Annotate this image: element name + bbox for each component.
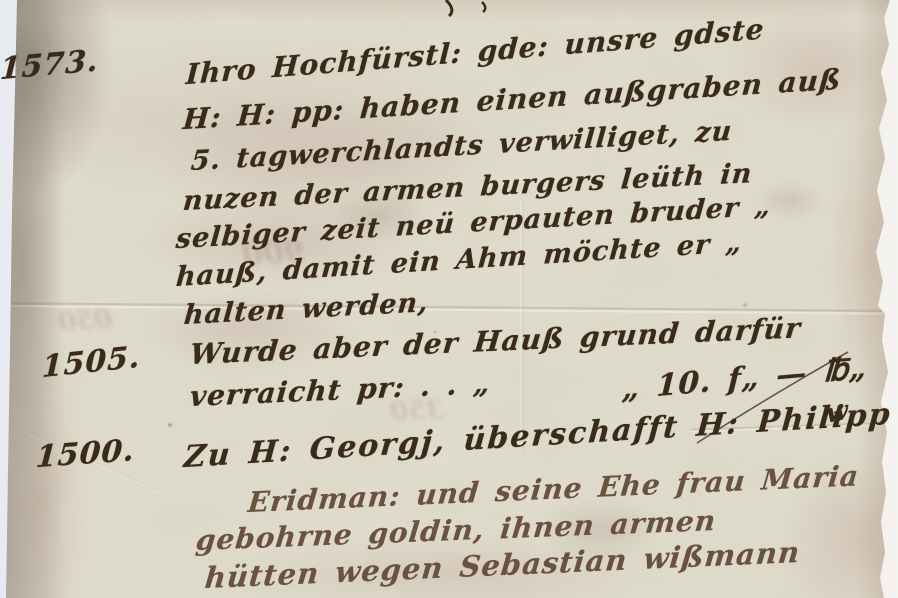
margin-year: 1500. — [35, 433, 136, 475]
paper-right-edge-shadow — [852, 0, 892, 598]
paper-left-edge-shadow — [6, 0, 76, 598]
manuscript-photo: 900 050 350 1573. Ihro Hochfürstl: gde: … — [0, 0, 898, 598]
bleedthrough-numeral: 050 — [57, 304, 113, 338]
